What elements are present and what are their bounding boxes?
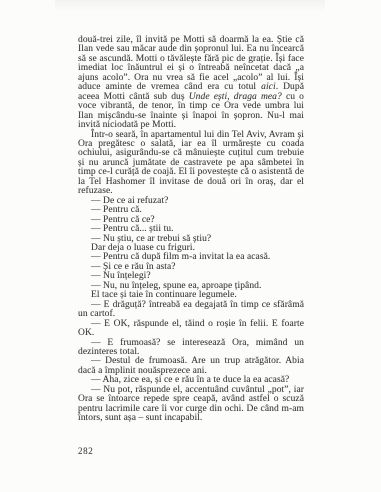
paragraph: — E drăguță? întreabă ea degajată în tim… [78,301,304,320]
text-segment: — E OK, răspunde el, tăind o roșie în fe… [78,319,304,338]
page-number: 282 [78,446,93,456]
paragraph: — E OK, răspunde el, tăind o roșie în fe… [78,320,304,339]
text-segment: — E drăguță? întreabă ea degajată în tim… [78,300,304,319]
paragraph: — Destul de frumoasă. Are un trup atrăgă… [78,357,304,376]
text-segment: — Nu pot, răspunde el, accentuând cuvânt… [78,385,304,423]
paragraph: — Nu pot, răspunde el, accentuând cuvânt… [78,386,304,424]
text-segment: — E frumoasă? se interesează Ora, mimând… [78,338,304,357]
paragraph: Într-o seară, în apartamentul lui din Te… [78,131,304,197]
paragraph: două-trei zile, îl invită pe Motti să do… [78,36,304,131]
book-page: două-trei zile, îl invită pe Motti să do… [0,0,381,492]
text-segment: — Destul de frumoasă. Are un trup atrăgă… [78,356,304,375]
paragraph: — E frumoasă? se interesează Ora, mimând… [78,339,304,358]
page-text: două-trei zile, îl invită pe Motti să do… [78,36,304,424]
text-segment: Într-o seară, în apartamentul lui din Te… [78,130,304,197]
